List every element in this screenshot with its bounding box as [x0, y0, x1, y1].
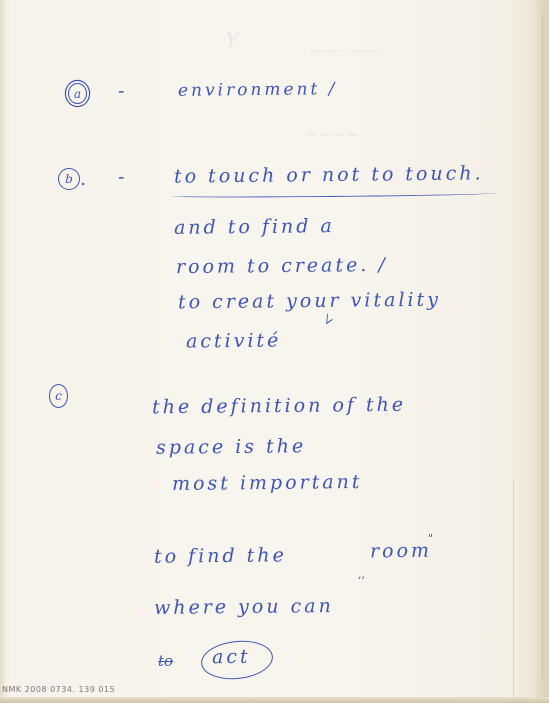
section-b-line: room to create. /	[176, 254, 388, 278]
show-through-mark: Y	[225, 28, 238, 52]
section-b-line: activité	[186, 330, 282, 353]
section-c-line: the definition of the	[152, 394, 406, 419]
open-quote-mark: ,,	[358, 568, 365, 581]
page-edge-line	[542, 14, 543, 679]
catalog-number: NMK 2008 0734. 139 015	[2, 685, 115, 694]
section-b-dash: -	[118, 166, 128, 188]
section-marker-b: b	[58, 168, 80, 190]
section-marker-c: c	[49, 384, 68, 408]
heading-underline	[172, 191, 497, 198]
circled-word: act	[212, 646, 251, 668]
section-b-heading: to touch or not to touch.	[174, 162, 484, 187]
section-b-line: and to find a	[174, 215, 335, 239]
page-fold-line	[513, 480, 514, 703]
insertion-caret-mark: ∠	[318, 310, 337, 330]
section-a-dash: -	[118, 80, 128, 102]
final-line: to find the	[154, 544, 287, 567]
binding-edge	[0, 0, 6, 703]
quoted-word: room	[370, 540, 432, 563]
marker-period: .	[80, 168, 89, 190]
section-c-line: most important	[172, 471, 363, 495]
close-quote-mark: "	[428, 532, 433, 545]
show-through-mark: ~~~~	[305, 125, 359, 144]
struck-out-word: to	[158, 652, 173, 670]
page-bottom-edge	[0, 697, 549, 703]
show-through-mark: —— ——	[310, 40, 379, 59]
notebook-page: Y —— —— ~~~~ a - environment / b . - to …	[0, 0, 549, 703]
final-line: where you can	[154, 595, 334, 619]
section-b-line: to creat your vitality	[178, 289, 441, 314]
section-marker-a: a	[68, 83, 87, 104]
section-c-line: space is the	[156, 435, 306, 459]
section-a-line: environment /	[178, 79, 338, 101]
